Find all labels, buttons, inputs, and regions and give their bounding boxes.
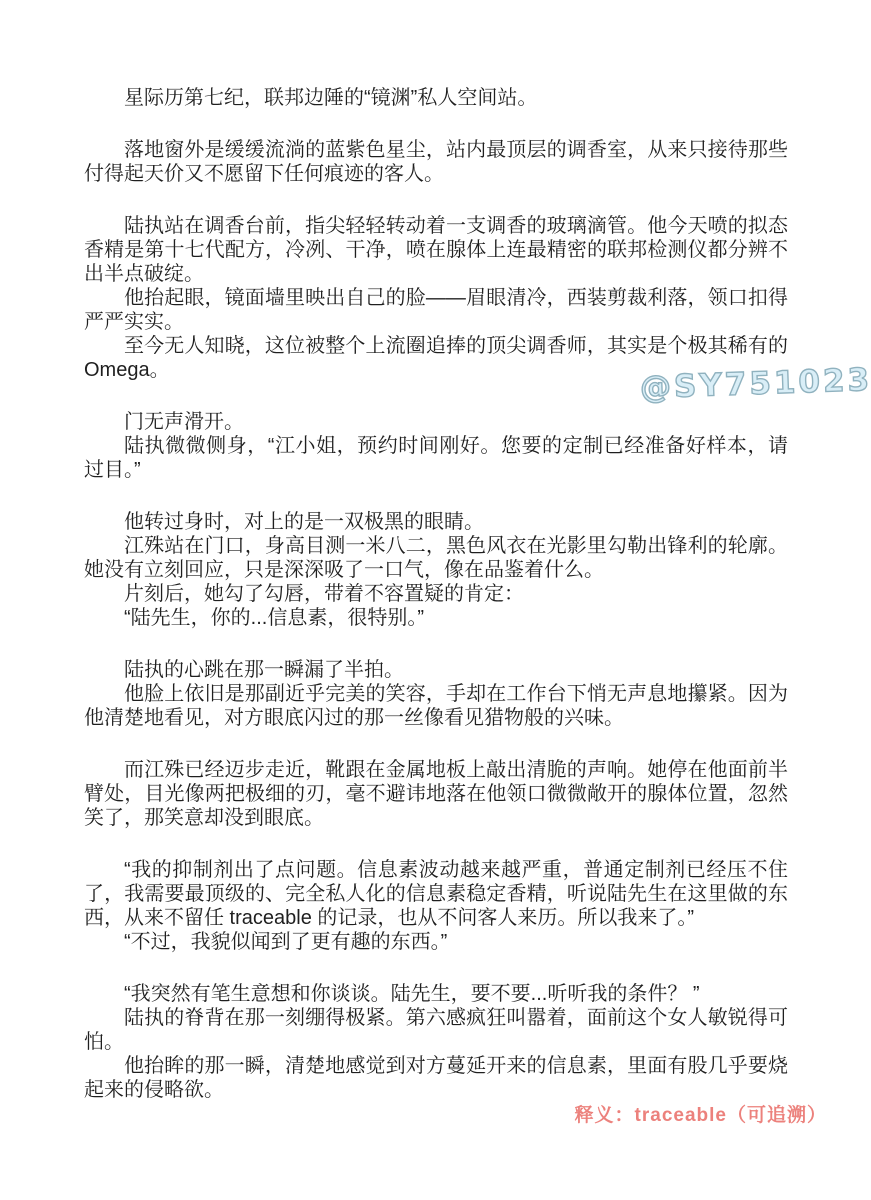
paragraph: 片刻后，她勾了勾唇，带着不容置疑的肯定： <box>84 582 788 606</box>
paragraph: 陆执站在调香台前，指尖轻轻转动着一支调香的玻璃滴管。他今天喷的拟态香精是第十七代… <box>84 214 788 286</box>
paragraph: 他抬起眼，镜面墙里映出自己的脸——眉眼清冷，西装剪裁利落，领口扣得严严实实。 <box>84 286 788 334</box>
paragraph: “我突然有笔生意想和你谈谈。陆先生，要不要...听听我的条件？ ” <box>84 982 788 1006</box>
footnote-definition: 释义：traceable（可追溯） <box>575 1100 827 1127</box>
watermark: @SY751023 <box>639 362 871 406</box>
paragraph: “我的抑制剂出了点问题。信息素波动越来越严重，普通定制剂已经压不住了，我需要最顶… <box>84 858 788 930</box>
paragraph: 江殊站在门口，身高目测一米八二，黑色风衣在光影里勾勒出锋利的轮廓。她没有立刻回应… <box>84 534 788 582</box>
paragraph: 陆执的心跳在那一瞬漏了半拍。 <box>84 658 788 682</box>
paragraph: “陆先生，你的...信息素，很特别。” <box>84 606 788 630</box>
paragraph: 他转过身时，对上的是一双极黑的眼睛。 <box>84 510 788 534</box>
paragraph: “不过，我貌似闻到了更有趣的东西。” <box>84 930 788 954</box>
paragraph: 落地窗外是缓缓流淌的蓝紫色星尘，站内最顶层的调香室，从来只接待那些付得起天价又不… <box>84 138 788 186</box>
paragraph: 他抬眸的那一瞬，清楚地感觉到对方蔓延开来的信息素，里面有股几乎要烧起来的侵略欲。 <box>84 1054 788 1102</box>
paragraph: 他脸上依旧是那副近乎完美的笑容，手却在工作台下悄无声息地攥紧。因为他清楚地看见，… <box>84 682 788 730</box>
paragraph: 星际历第七纪，联邦边陲的“镜渊”私人空间站。 <box>84 86 788 110</box>
paragraph: 而江殊已经迈步走近，靴跟在金属地板上敲出清脆的声响。她停在他面前半臂处，目光像两… <box>84 758 788 830</box>
paragraph: 门无声滑开。 <box>84 410 788 434</box>
paragraph: 陆执微微侧身，“江小姐，预约时间刚好。您要的定制已经准备好样本，请过目。” <box>84 434 788 482</box>
paragraph: 陆执的脊背在那一刻绷得极紧。第六感疯狂叫嚣着，面前这个女人敏锐得可怕。 <box>84 1006 788 1054</box>
novel-page: 星际历第七纪，联邦边陲的“镜渊”私人空间站。落地窗外是缓缓流淌的蓝紫色星尘，站内… <box>0 0 871 1200</box>
story-text: 星际历第七纪，联邦边陲的“镜渊”私人空间站。落地窗外是缓缓流淌的蓝紫色星尘，站内… <box>84 86 788 1102</box>
